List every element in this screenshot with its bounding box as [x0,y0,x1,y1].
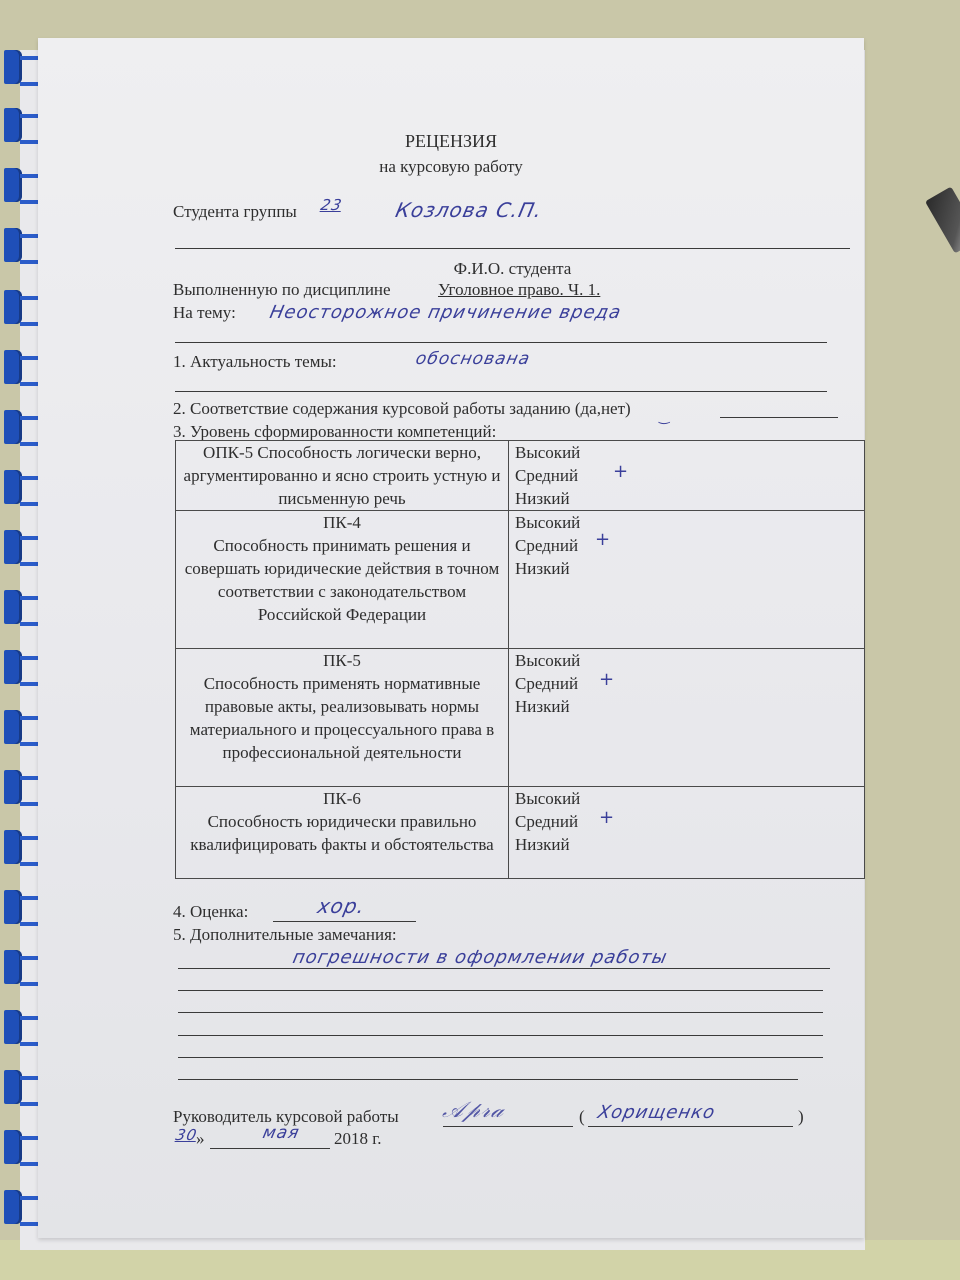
paren-close: ) [798,1106,804,1128]
item1-line [175,391,827,392]
binding-ring [4,950,22,984]
table-row: ПК-4 Способность принимать решения и сов… [176,511,865,649]
student-group-value[interactable]: 23 [319,196,344,214]
item2-selection-mark: ‿ [658,410,673,425]
binding-ring [4,108,22,142]
table-row: ПК-5 Способность применять нормативные п… [176,649,865,787]
competency-levels: Высокий Средний+ Низкий [509,649,865,787]
competency-code: ПК-5 [182,649,502,672]
binding-ring [4,890,22,924]
binding-ring [4,228,22,262]
review-form-page: РЕЦЕНЗИЯ на курсовую работу Студента гру… [38,38,864,1238]
item2-label: 2. Соответствие содержания курсовой рабо… [173,398,631,420]
binding-ring [4,1190,22,1224]
document-title: РЕЦЕНЗИЯ [38,130,864,152]
check-mark: + [599,668,614,691]
item1-label: 1. Актуальность темы: [173,351,337,373]
document-subtitle: на курсовую работу [38,156,864,178]
binding-ring [4,1130,22,1164]
check-mark: + [595,528,610,551]
check-mark: + [599,806,614,829]
pen-object [925,187,960,254]
item4-value[interactable]: хор. [315,894,367,918]
remarks-line-3 [178,1012,823,1013]
topic-line [175,342,827,343]
competency-description: ОПК-5 Способность логически верно, аргум… [176,441,509,511]
competencies-table: ОПК-5 Способность логически верно, аргум… [175,440,865,879]
level-high[interactable]: Высокий [515,441,858,464]
level-low[interactable]: Низкий [515,557,858,580]
item2-line [720,417,838,418]
discipline-value: Уголовное право. Ч. 1. [438,279,600,301]
remarks-line-4 [178,1035,823,1036]
level-high[interactable]: Высокий [515,787,858,810]
binding-ring [4,470,22,504]
level-medium[interactable]: Средний+ [515,534,858,557]
table-row: ПК-6 Способность юридически правильно кв… [176,787,865,879]
competency-levels: Высокий Средний+ Низкий [509,511,865,649]
check-mark: + [613,460,628,483]
item5-value[interactable]: погрешности в оформлении работы [291,947,670,968]
level-medium[interactable]: Средний+ [515,810,858,833]
competency-description: ПК-5 Способность применять нормативные п… [176,649,509,787]
student-name-line [175,248,850,249]
competency-description: ПК-4 Способность принимать решения и сов… [176,511,509,649]
supervisor-name-line [588,1126,793,1127]
item4-label: 4. Оценка: [173,901,248,923]
remarks-line-6 [178,1079,798,1080]
discipline-label: Выполненную по дисциплине [173,279,391,301]
level-high[interactable]: Высокий [515,511,858,534]
supervisor-name[interactable]: Хорищенко [596,1102,718,1123]
remarks-line-2 [178,990,823,991]
date-month[interactable]: мая [261,1123,302,1143]
binding-ring [4,710,22,744]
paren-open: ( [579,1106,585,1128]
date-year: 2018 г. [334,1128,382,1150]
competency-text: Способность юридически правильно квалифи… [182,810,502,856]
level-low[interactable]: Низкий [515,487,858,510]
competency-code: ПК-6 [182,787,502,810]
binding-ring [4,770,22,804]
item1-value[interactable]: обоснована [414,349,532,369]
binding-ring [4,168,22,202]
competency-text: Способность принимать решения и совершат… [182,534,502,626]
student-name[interactable]: Козлова С.П. [393,198,544,222]
level-low[interactable]: Низкий [515,695,858,718]
item4-line [273,921,416,922]
signature-line [443,1126,573,1127]
binding-ring [4,50,22,84]
date-quote: » [196,1128,205,1150]
binding-ring [4,410,22,444]
level-high[interactable]: Высокий [515,649,858,672]
binding-ring [4,650,22,684]
competency-code: ПК-4 [182,511,502,534]
binding-ring [4,1070,22,1104]
binding-ring [4,530,22,564]
student-caption: Ф.И.О. студента [175,258,850,280]
competency-levels: Высокий Средний+ Низкий [509,787,865,879]
topic-label: На тему: [173,302,236,324]
level-medium[interactable]: Средний+ [515,672,858,695]
binding-ring [4,290,22,324]
competency-levels: Высокий Средний+ Низкий [509,441,865,511]
remarks-line-1 [178,968,830,969]
table-row: ОПК-5 Способность логически верно, аргум… [176,441,865,511]
binding-ring [4,350,22,384]
date-month-line [210,1148,330,1149]
binding-ring [4,590,22,624]
level-low[interactable]: Низкий [515,833,858,856]
binding-ring [4,830,22,864]
remarks-line-5 [178,1057,823,1058]
level-medium[interactable]: Средний+ [515,464,858,487]
supervisor-signature[interactable]: 𝒜𝓅𝓇𝒶 [440,1098,507,1123]
student-group-label: Студента группы [173,201,297,223]
competency-description: ПК-6 Способность юридически правильно кв… [176,787,509,879]
binding-ring [4,1010,22,1044]
topic-value[interactable]: Неосторожное причинение вреда [268,302,624,323]
competency-text: Способность применять нормативные правов… [182,672,502,764]
item5-label: 5. Дополнительные замечания: [173,924,397,946]
